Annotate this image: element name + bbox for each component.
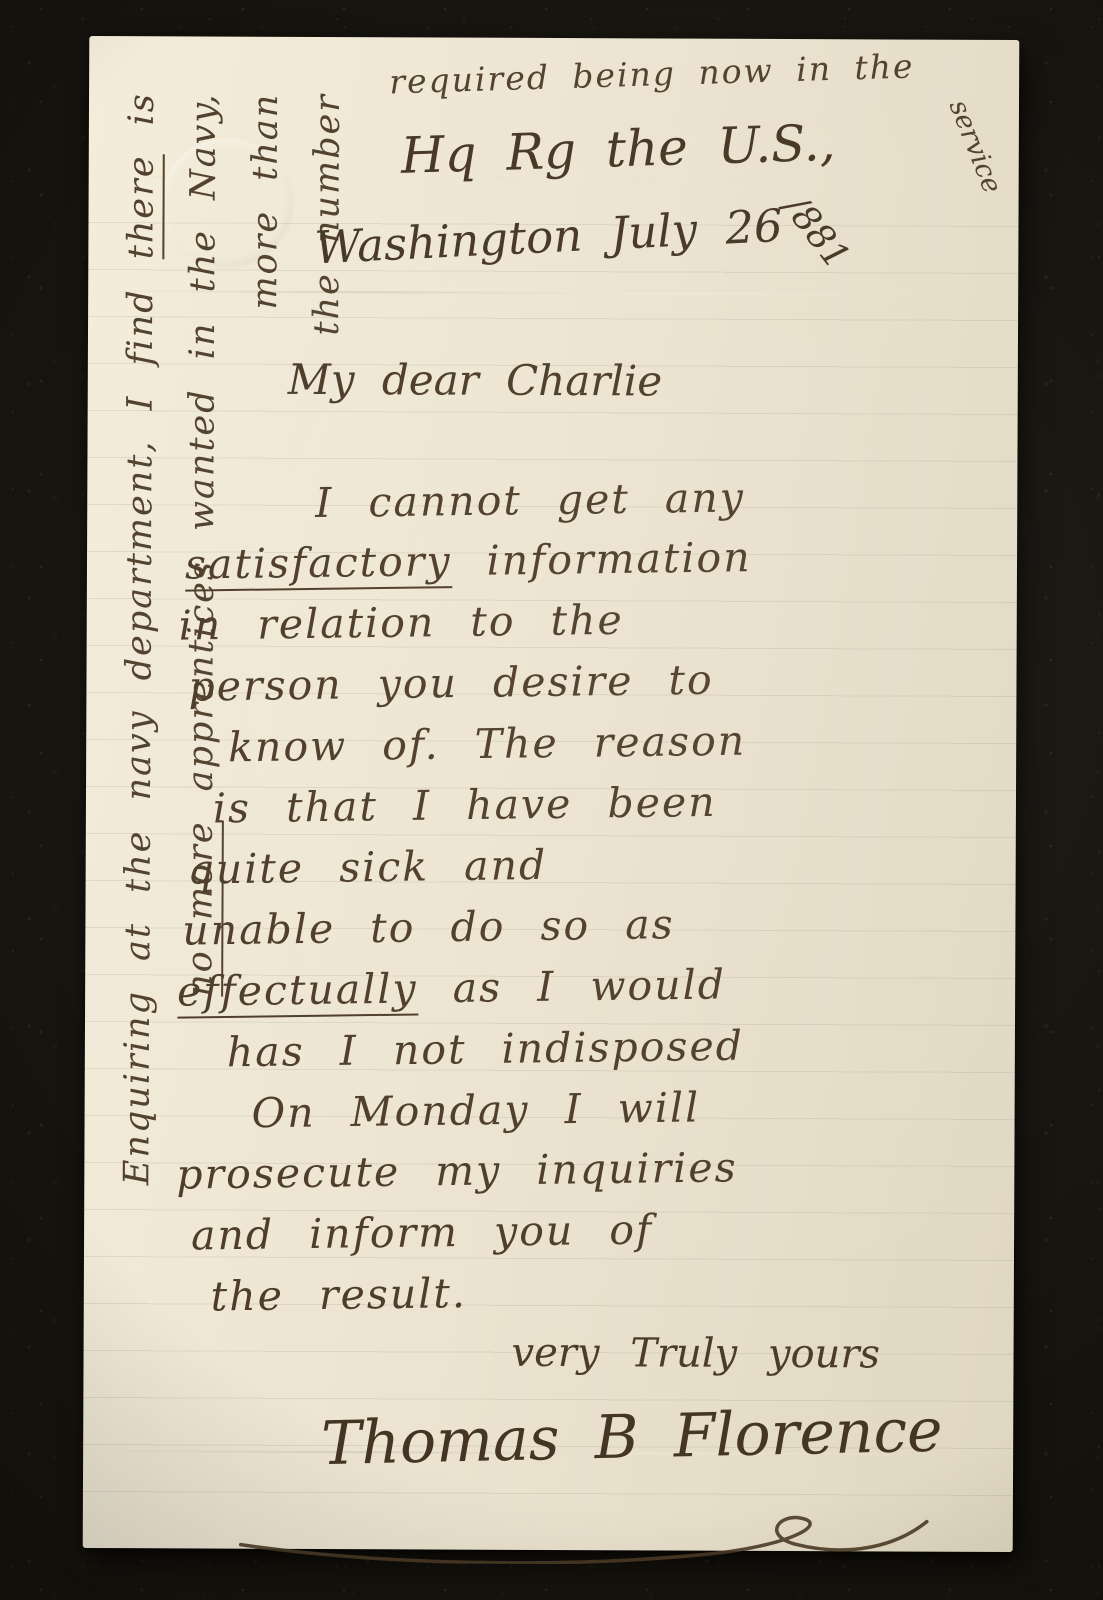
- body-line: the result.: [210, 1262, 1006, 1333]
- body-text: as I would: [417, 960, 726, 1012]
- body-line: person you desire to: [188, 652, 1009, 724]
- body-line: unable to do so as: [182, 896, 1008, 968]
- closing: very Truly yours: [511, 1330, 880, 1378]
- body-line: quite sick and: [187, 835, 1008, 907]
- signature-flourish: [233, 1503, 933, 1566]
- letterhead-city-date: Washington July 26: [313, 199, 783, 274]
- body-text: person you desire to: [188, 656, 714, 711]
- margin-text: is: [122, 92, 162, 154]
- body-text: and inform you of: [191, 1205, 654, 1259]
- margin-text: the number: [307, 93, 348, 336]
- salutation: My dear Charlie: [288, 355, 663, 406]
- signature: Thomas B Florence: [321, 1396, 944, 1480]
- body-text: prosecute my inquiries: [176, 1143, 738, 1198]
- margin-text-underlined: there: [121, 154, 164, 259]
- letter-body: I cannot get any satisfactory informatio…: [176, 472, 1010, 1330]
- body-line: I cannot get any: [315, 470, 1010, 540]
- top-annotation: required being now in the: [389, 46, 915, 101]
- body-line: is that I have been: [213, 774, 1009, 845]
- body-line: effectually as I would: [177, 957, 1008, 1029]
- margin-text: Enquiring at the navy department, I find: [117, 259, 161, 1185]
- letterhead-heading: Hq Rg the U.S.,: [400, 114, 836, 185]
- body-line: has I not indisposed: [227, 1018, 1008, 1089]
- margin-note-line: Enquiring at the navy department, I find…: [105, 92, 173, 1488]
- body-line: On Monday I will: [251, 1079, 1007, 1150]
- body-text: has I not indisposed: [227, 1022, 745, 1077]
- letterhead-year: /881: [776, 188, 858, 277]
- body-line: prosecute my inquiries: [176, 1140, 1007, 1212]
- body-text-underlined: satisfactory: [185, 537, 452, 591]
- letter-paper: Enquiring at the navy department, I find…: [83, 36, 1020, 1552]
- body-text: I cannot get any: [315, 473, 745, 527]
- body-line: and inform you of: [191, 1201, 1007, 1273]
- body-text: unable to do so as: [182, 900, 675, 954]
- body-text: know of. The reason: [228, 717, 747, 772]
- body-text: On Monday I will: [251, 1083, 700, 1137]
- body-line: in relation to the: [178, 591, 1009, 663]
- body-line: know of. The reason: [228, 713, 1009, 784]
- body-text: in relation to the: [178, 596, 624, 650]
- photo-background: Enquiring at the navy department, I find…: [0, 0, 1103, 1600]
- letterhead-dateline: Washington July 26/881: [313, 195, 864, 274]
- body-line: satisfactory information: [185, 530, 1010, 602]
- body-text: is that I have been: [213, 778, 717, 833]
- body-text: information: [451, 533, 752, 585]
- body-text: the result.: [210, 1269, 467, 1320]
- body-text: quite sick and: [187, 841, 547, 894]
- edge-annotation: service: [943, 96, 1008, 198]
- body-text-underlined: effectually: [177, 964, 418, 1018]
- margin-text: more than: [245, 93, 286, 310]
